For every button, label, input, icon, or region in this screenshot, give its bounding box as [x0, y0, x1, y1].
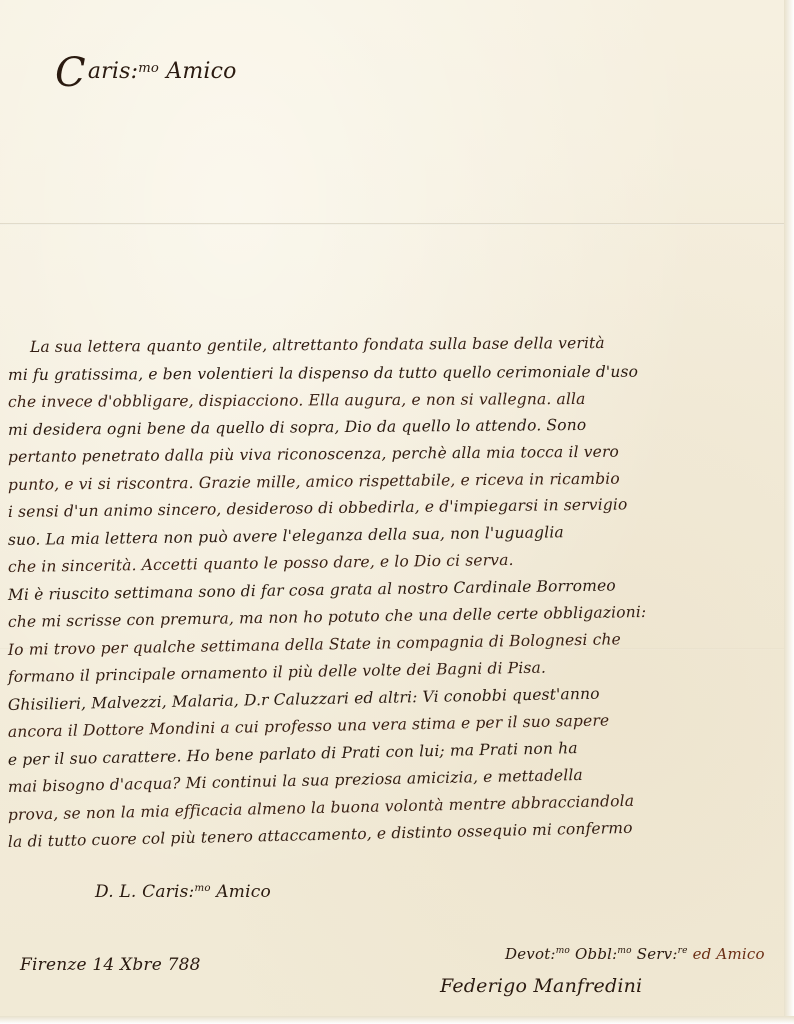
signoff-amico: ed Amico	[688, 945, 765, 963]
letter-paper: Caris:mo Amico La sua lettera quanto gen…	[0, 0, 784, 1016]
body-line: mi fu gratissima, e ben volentieri la di…	[8, 361, 784, 393]
page-right-edge	[784, 0, 794, 1024]
body-line: La sua lettera quanto gentile, altrettan…	[30, 333, 784, 366]
salutation-tail: Amico	[159, 59, 237, 84]
paper-fold-line	[0, 223, 784, 225]
salutation-text: aris:	[88, 59, 138, 84]
salutation: Caris:mo Amico	[55, 50, 237, 96]
signoff-sup: mo	[617, 946, 631, 956]
closing-tail: Amico	[211, 882, 271, 902]
salutation-initial: C	[55, 50, 86, 96]
letter-body: La sua lettera quanto gentile, altrettan…	[8, 338, 784, 861]
signoff-devoto: Devot:	[505, 945, 556, 963]
signature: Federigo Manfredini	[440, 975, 642, 997]
signoff-sup: re	[678, 946, 688, 956]
page-bottom-edge	[0, 1016, 794, 1024]
place-and-date: Firenze 14 Xbre 788	[20, 955, 201, 975]
closing-prefix: D. L. Caris:	[95, 882, 195, 902]
signoff-obbligato: Obbl:	[570, 945, 617, 963]
signoff: Devot:mo Obbl:mo Serv:re ed Amico	[505, 945, 765, 963]
salutation-superscript: mo	[138, 61, 159, 76]
signoff-servitore: Serv:	[632, 945, 678, 963]
signoff-sup: mo	[556, 946, 570, 956]
closing-formula: D. L. Caris:mo Amico	[95, 882, 271, 902]
closing-superscript: mo	[195, 883, 211, 894]
